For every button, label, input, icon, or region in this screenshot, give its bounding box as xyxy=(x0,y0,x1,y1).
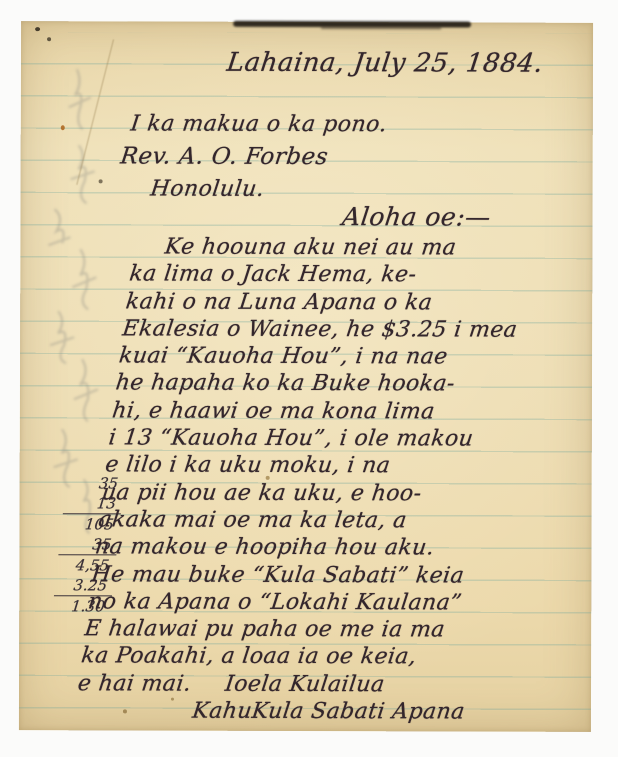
body-line: ka Poakahi, a loaa ia oe keia, xyxy=(80,643,553,672)
body-line: ua pii hou ae ka uku, e hoo- xyxy=(100,479,573,508)
scan-background: Lahaina, July 25, 1884. I ka makua o ka … xyxy=(0,0,618,757)
recipient-name: Rev. A. O. Forbes xyxy=(119,143,330,170)
signature-title: KahuKula Sabati Apana xyxy=(73,697,546,726)
paper-speck xyxy=(61,125,65,130)
closing-line: e hai mai.Ioela Kulailua xyxy=(76,670,549,699)
dateline: Lahaina, July 25, 1884. xyxy=(225,48,545,79)
body-line: i 13 “Kauoha Hou”, i ole makou xyxy=(107,424,580,453)
body-line: kahi o na Luna Apana o ka xyxy=(124,288,597,317)
body-line: na makou e hoopiha hou aku. xyxy=(93,534,566,563)
letter-paper: Lahaina, July 25, 1884. I ka makua o ka … xyxy=(19,21,593,732)
body-line: e lilo i ka uku moku, i na xyxy=(104,452,577,481)
recipient-city: Honolulu. xyxy=(149,177,266,202)
body-line: he hapaha ko ka Buke hooka- xyxy=(114,370,587,399)
salutation-line: I ka makua o ka pono. xyxy=(129,111,388,137)
body-line: ka lima o Jack Hema, ke- xyxy=(128,261,601,290)
closing-farewell: e hai mai. xyxy=(76,671,192,696)
paper-crease xyxy=(76,39,114,185)
paper-speck xyxy=(47,37,51,41)
greeting: Aloha oe:— xyxy=(341,202,493,231)
body-line: Ekalesia o Wainee, he $3.25 i mea xyxy=(121,315,594,344)
signature: Ioela Kulailua xyxy=(224,672,386,697)
top-edge-smudge-secondary xyxy=(321,26,441,29)
body-line: E halawai pu paha oe me ia ma xyxy=(83,615,556,644)
body-line: Ke hoouna aku nei au ma xyxy=(131,233,604,262)
paper-speck xyxy=(35,27,40,31)
paper-speck xyxy=(99,179,103,183)
body-line: He mau buke “Kula Sabati” keia xyxy=(90,561,563,590)
body-line: no ka Apana o “Lokahi Kaulana” xyxy=(86,588,559,617)
body-line: akaka mai oe ma ka leta, a xyxy=(97,506,570,535)
body-line: kuai “Kauoha Hou”, i na nae xyxy=(117,343,590,372)
letter-body: Ke hoouna aku nei au ma ka lima o Jack H… xyxy=(73,233,605,726)
body-line: hi, e haawi oe ma kona lima xyxy=(111,397,584,426)
